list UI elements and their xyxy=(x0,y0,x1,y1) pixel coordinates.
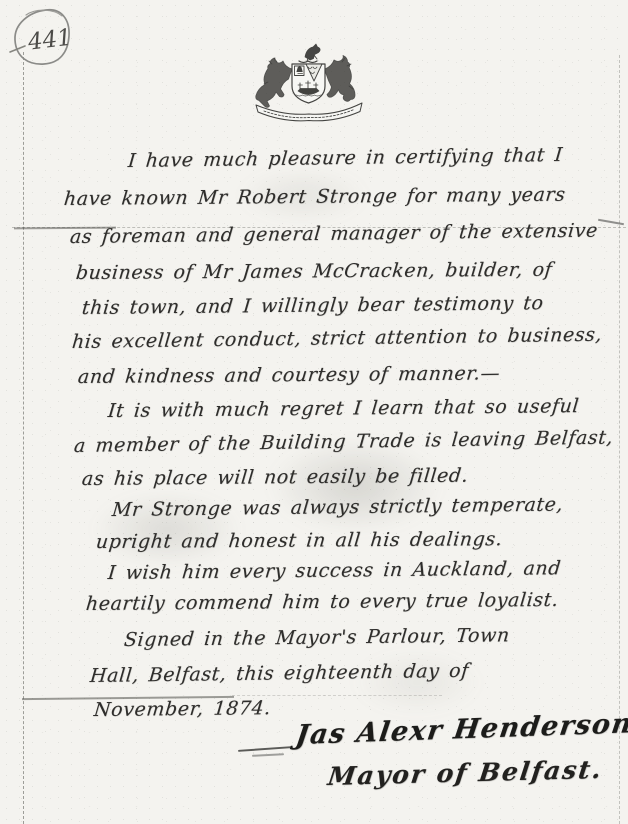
letter-line-5: this town, and I willingly bear testimon… xyxy=(81,292,545,319)
letter-line-12: upright and honest in all his dealings. xyxy=(95,528,504,553)
left-page-fold-line xyxy=(23,52,24,824)
letter-line-11: Mr Stronge was always strictly temperate… xyxy=(111,493,564,521)
coat-of-arms-icon xyxy=(248,42,370,128)
letter-line-9: a member of the Building Trade is leavin… xyxy=(73,427,614,458)
letter-line-8: It is with much regret I learn that so u… xyxy=(107,395,580,422)
letter-line-17: November, 1874. xyxy=(93,697,272,721)
letter-line-1: I have much pleasure in certifying that … xyxy=(127,144,564,172)
archive-number: 441 xyxy=(26,25,74,56)
signature-flourish xyxy=(252,753,284,756)
scanned-letter-page: 441 xyxy=(0,0,628,824)
mayor-signature: Jas Alexr Henderson xyxy=(294,708,628,751)
letter-line-7: and kindness and courtesy of manner.— xyxy=(77,362,501,388)
letter-line-15: Signed in the Mayor's Parlour, Town xyxy=(123,624,511,651)
horizontal-fold-line-right-hook xyxy=(598,219,624,225)
signature-flourish xyxy=(238,746,292,751)
letter-line-14: heartily commend him to every true loyal… xyxy=(85,589,560,615)
letter-line-13: I wish him every success in Auckland, an… xyxy=(107,557,562,584)
lower-horizontal-fold-line-faint xyxy=(232,695,442,696)
letter-line-3: as foreman and general manager of the ex… xyxy=(69,220,599,248)
letter-line-2: have known Mr Robert Stronge for many ye… xyxy=(63,184,567,210)
archive-number-stamp: 441 xyxy=(8,6,78,76)
mayor-signature-title: Mayor of Belfast. xyxy=(326,755,605,791)
belfast-coat-of-arms xyxy=(248,42,370,132)
letter-line-6: his excellent conduct, strict attention … xyxy=(71,324,603,353)
letter-line-10: as his place will not easily be filled. xyxy=(81,465,470,490)
letter-line-4: business of Mr James McCracken, builder,… xyxy=(75,259,554,284)
letter-line-16: Hall, Belfast, this eighteenth day of xyxy=(89,660,470,687)
hand-drawn-circle-icon: 441 xyxy=(8,6,78,72)
